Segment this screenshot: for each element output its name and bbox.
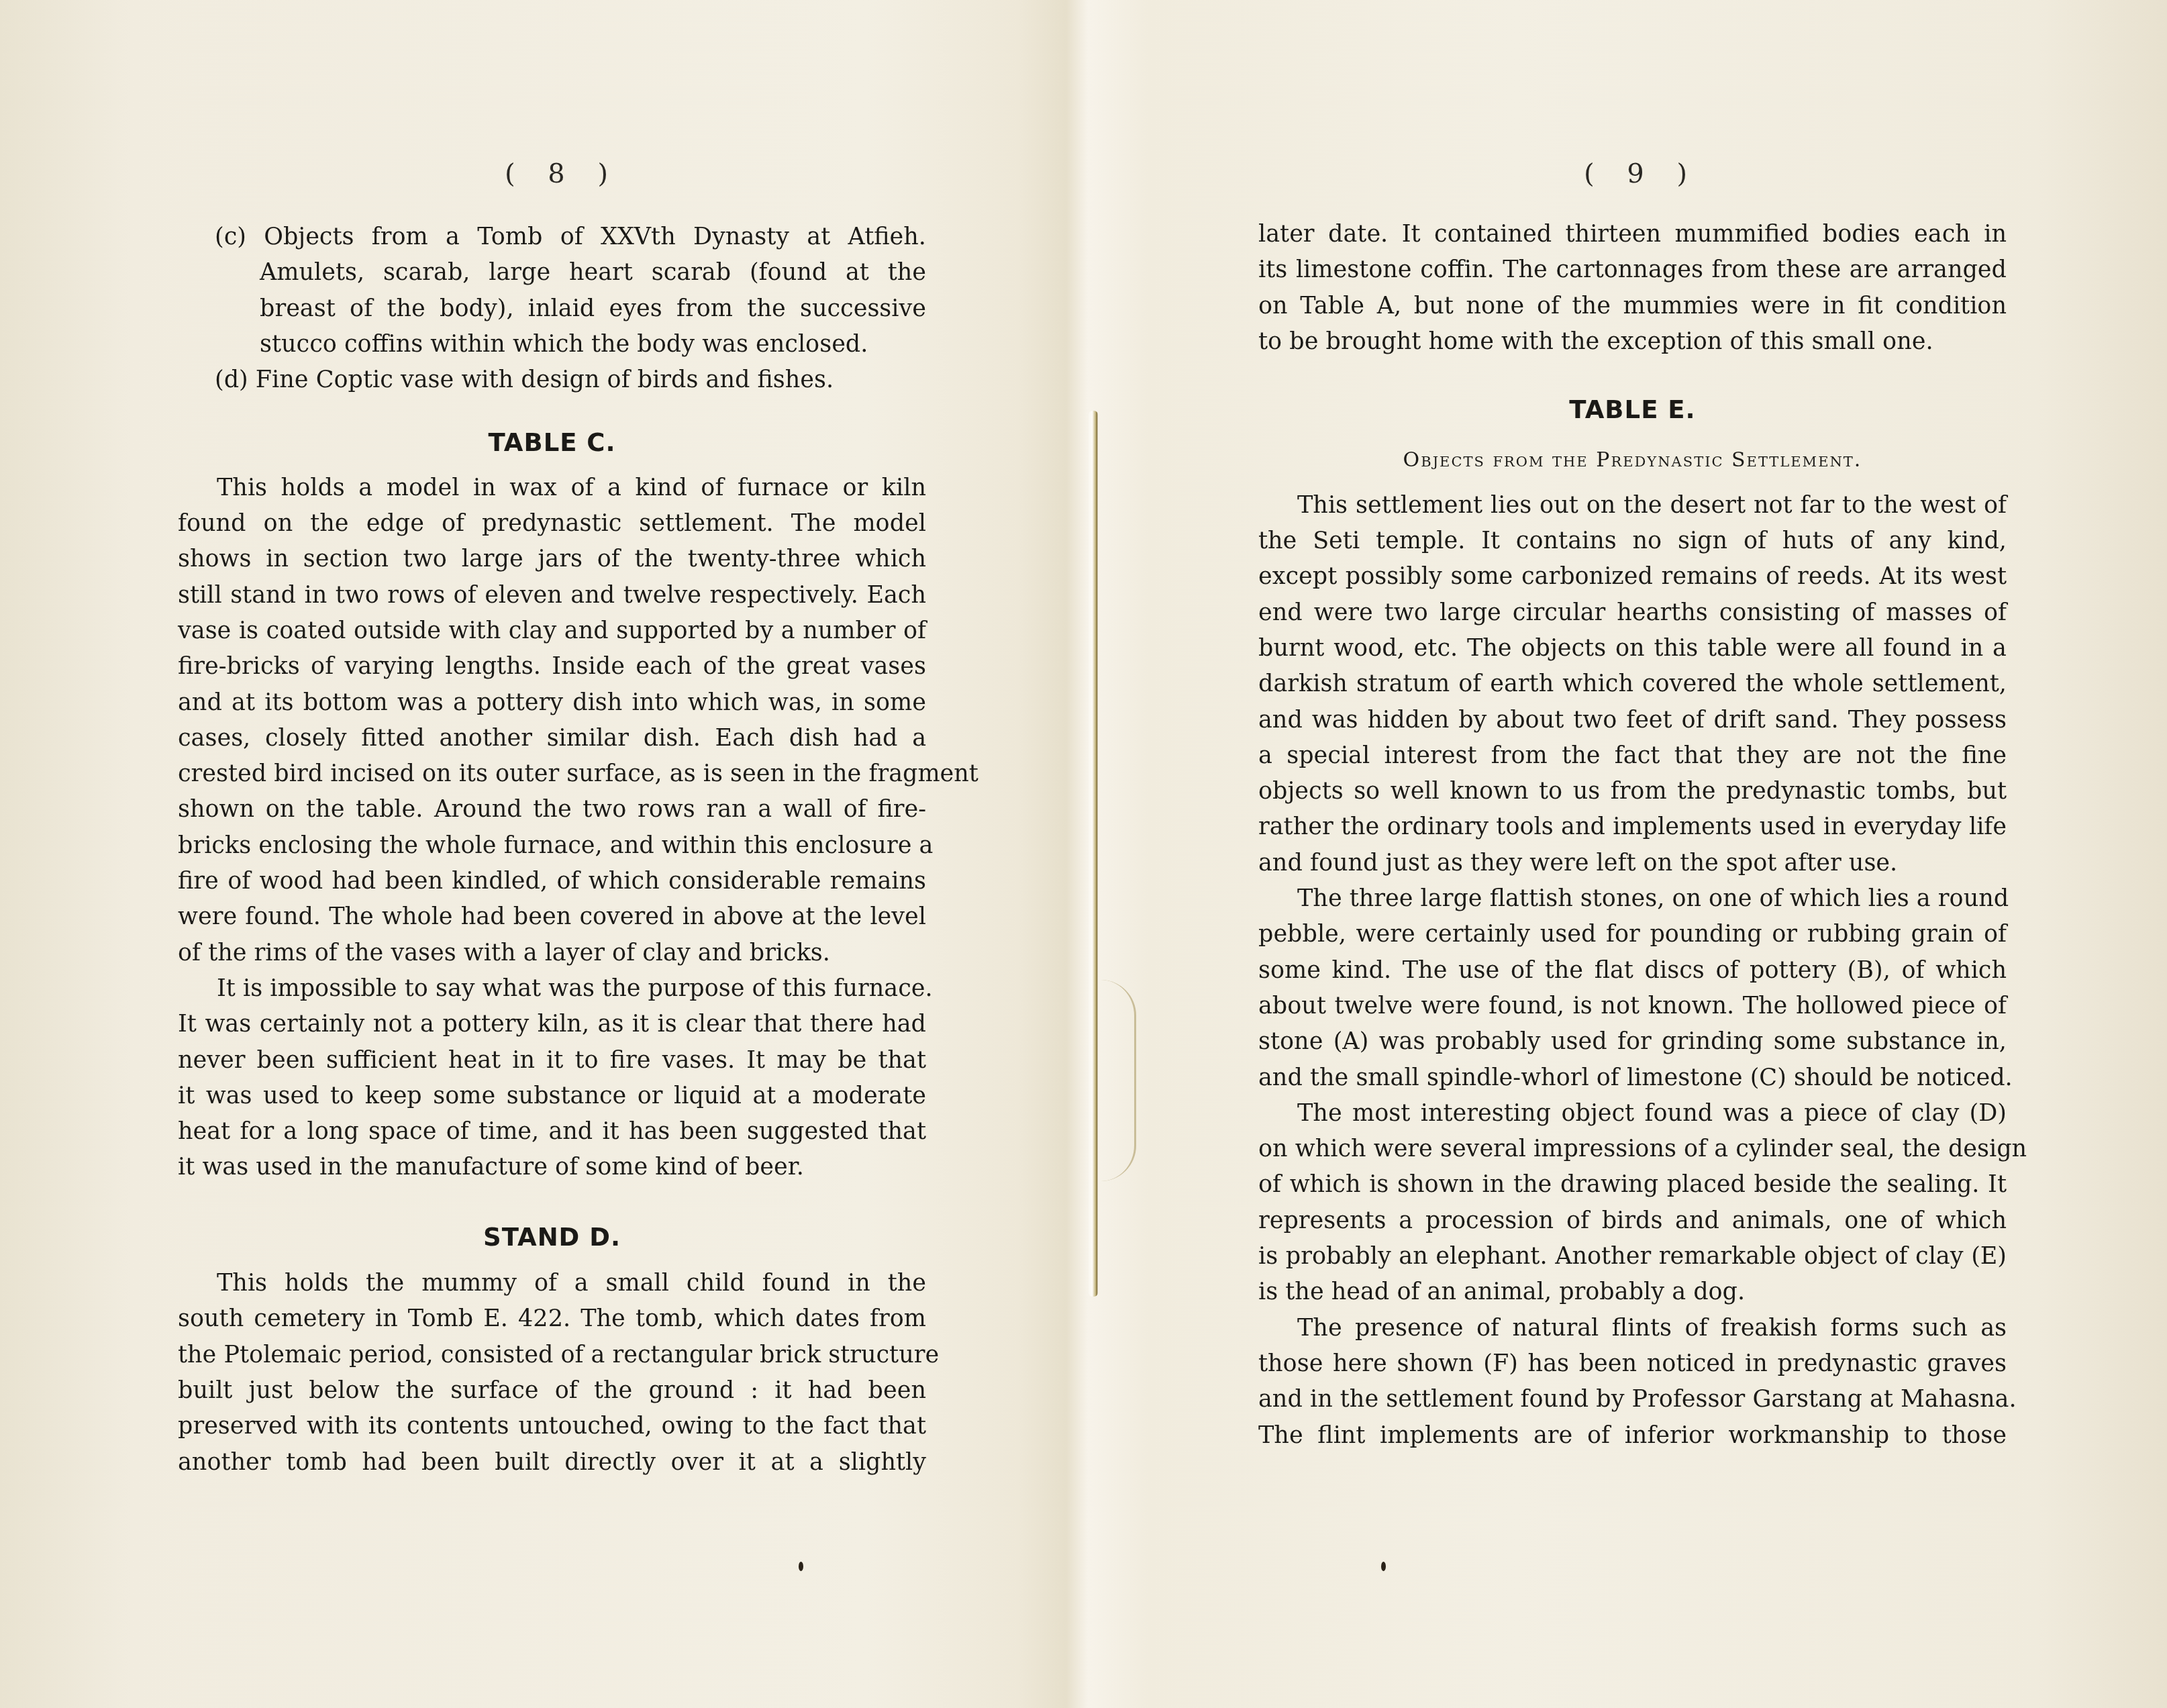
text-line: The most interesting object found was a … [1258,1096,2007,1132]
text-line: stucco coffins within which the body was… [178,327,926,362]
left-page: ( 8 ) (c) Objects from a Tomb of XXVth D… [0,0,1084,1708]
text-line: south cemetery in Tomb E. 422. The tomb,… [178,1301,926,1337]
text-line: a special interest from the fact that th… [1258,738,2007,774]
text-line: Amulets, scarab, large heart scarab (fou… [178,255,926,291]
binding-fold [1089,411,1098,1297]
right-text-column: later date. It contained thirteen mummif… [1258,217,2007,1454]
text-line: about twelve were found, is not known. T… [1258,989,2007,1024]
text-line: is probably an elephant. Another remarka… [1258,1239,2007,1274]
binding-thread [1101,980,1136,1181]
text-line: is the head of an animal, probably a dog… [1258,1274,2007,1310]
text-line: shows in section two large jars of the t… [178,542,926,577]
paragraph-continuation: later date. It contained thirteen mummif… [1258,217,2007,360]
list-item-d: (d) Fine Coptic vase with design of bird… [178,362,926,398]
text-line: except possibly some carbonized remains … [1258,559,2007,595]
text-line: rather the ordinary tools and implements… [1258,809,2007,845]
text-line: some kind. The use of the flat discs of … [1258,953,2007,989]
text-line: end were two large circular hearths cons… [1258,595,2007,631]
text-line: fire of wood had been kindled, of which … [178,864,926,899]
text-line: vase is coated outside with clay and sup… [178,613,926,649]
text-line: of the rims of the vases with a layer of… [178,936,926,971]
text-line: (d) Fine Coptic vase with design of bird… [178,362,926,398]
text-line: of which is shown in the drawing placed … [1258,1167,2007,1203]
section-subheading: Objects from the Predynastic Settlement. [1258,442,2007,478]
text-line: fire-bricks of varying lengths. Inside e… [178,649,926,685]
text-line: were found. The whole had been covered i… [178,899,926,935]
section-heading-table-c: TABLE C. [178,425,926,460]
text-line: The three large flattish stones, on one … [1258,881,2007,917]
text-line: and at its bottom was a pottery dish int… [178,685,926,721]
text-line: bricks enclosing the whole furnace, and … [178,828,926,864]
paragraph: The three large flattish stones, on one … [1258,881,2007,1096]
paragraph: The most interesting object found was a … [1258,1096,2007,1311]
text-line: on Table A, but none of the mummies were… [1258,289,2007,324]
text-line: it was used in the manufacture of some k… [178,1150,926,1185]
paragraph: This holds a model in wax of a kind of f… [178,470,926,971]
page-number-8: ( 8 ) [505,158,620,189]
text-line: and in the settlement found by Professor… [1258,1382,2007,1417]
text-line: another tomb had been built directly ove… [178,1445,926,1480]
text-line: heat for a long space of time, and it ha… [178,1114,926,1150]
text-line: This holds a model in wax of a kind of f… [178,470,926,506]
text-line: The flint implements are of inferior wor… [1258,1418,2007,1454]
text-line: to be brought home with the exception of… [1258,324,2007,360]
section-heading-table-e: TABLE E. [1258,392,2007,428]
left-text-column: (c) Objects from a Tomb of XXVth Dynasty… [178,219,926,1480]
text-line: on which were several impressions of a c… [1258,1132,2007,1167]
text-line: still stand in two rows of eleven and tw… [178,578,926,613]
paragraph: The presence of natural flints of freaki… [1258,1311,2007,1454]
text-line: It was certainly not a pottery kiln, as … [178,1007,926,1042]
text-line: cases, closely fitted another similar di… [178,721,926,756]
text-line: This holds the mummy of a small child fo… [178,1266,926,1301]
paragraph: This holds the mummy of a small child fo… [178,1266,926,1480]
text-line: shown on the table. Around the two rows … [178,792,926,827]
text-line: and the small spindle-whorl of limestone… [1258,1060,2007,1096]
text-line: crested bird incised on its outer surfac… [178,756,926,792]
text-line: It is impossible to say what was the pur… [178,971,926,1007]
text-line: the Ptolemaic period, consisted of a rec… [178,1338,926,1373]
text-line: later date. It contained thirteen mummif… [1258,217,2007,252]
section-heading-stand-d: STAND D. [178,1219,926,1255]
text-line: darkish stratum of earth which covered t… [1258,666,2007,702]
text-line: The presence of natural flints of freaki… [1258,1311,2007,1346]
book-spread: ( 8 ) (c) Objects from a Tomb of XXVth D… [0,0,2167,1708]
text-line: pebble, were certainly used for pounding… [1258,917,2007,952]
list-item-c: (c) Objects from a Tomb of XXVth Dynasty… [178,219,926,362]
text-line: breast of the body), inlaid eyes from th… [178,291,926,327]
text-line: and found just as they were left on the … [1258,846,2007,881]
text-line: stone (A) was probably used for grinding… [1258,1024,2007,1060]
text-line: This settlement lies out on the desert n… [1258,488,2007,523]
text-line: built just below the surface of the grou… [178,1373,926,1409]
text-line: its limestone coffin. The cartonnages fr… [1258,252,2007,288]
text-line: (c) Objects from a Tomb of XXVth Dynasty… [178,219,926,255]
paragraph: It is impossible to say what was the pur… [178,971,926,1186]
text-line: the Seti temple. It contains no sign of … [1258,523,2007,559]
text-line: never been sufficient heat in it to fire… [178,1043,926,1078]
text-line: burnt wood, etc. The objects on this tab… [1258,631,2007,666]
right-page: ( 9 ) later date. It contained thirteen … [1084,0,2167,1708]
text-line: preserved with its contents untouched, o… [178,1409,926,1444]
page-number-9: ( 9 ) [1584,158,1699,189]
text-line: those here shown (F) has been noticed in… [1258,1346,2007,1382]
text-line: found on the edge of predynastic settlem… [178,506,926,542]
ink-speck [799,1562,803,1571]
ink-speck [1381,1562,1386,1571]
text-line: it was used to keep some substance or li… [178,1078,926,1114]
text-line: objects so well known to us from the pre… [1258,774,2007,809]
text-line: and was hidden by about two feet of drif… [1258,703,2007,738]
paragraph: This settlement lies out on the desert n… [1258,488,2007,881]
text-line: represents a procession of birds and ani… [1258,1203,2007,1239]
